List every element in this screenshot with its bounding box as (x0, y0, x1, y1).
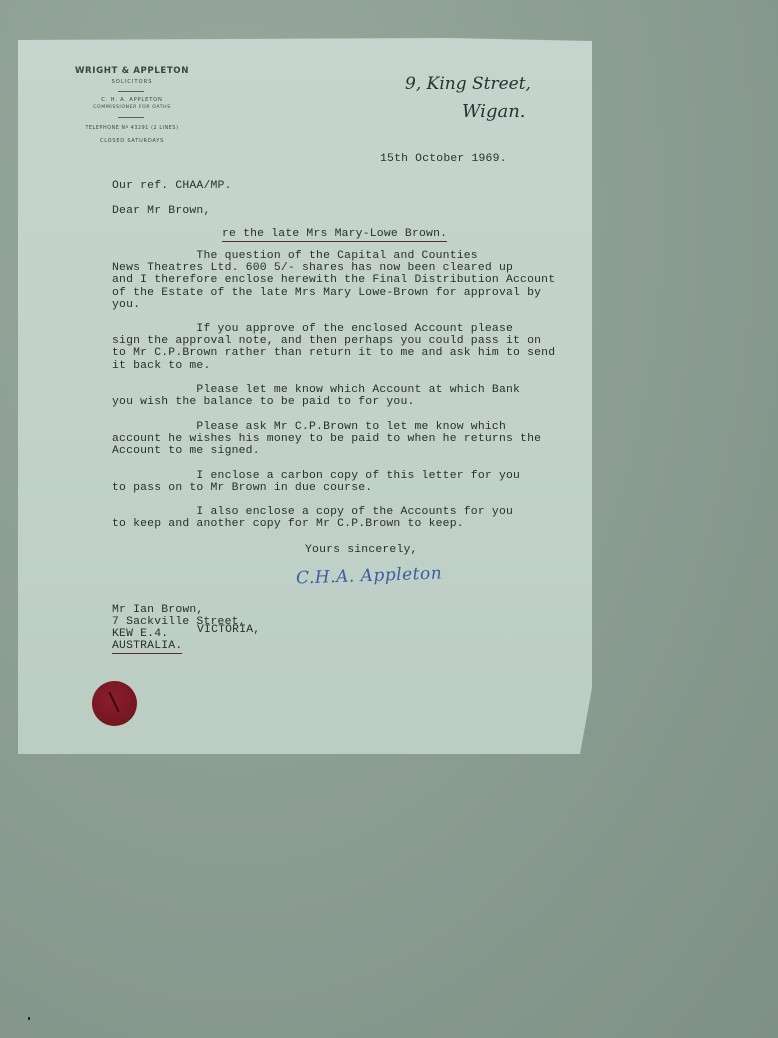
body-line: to keep and another copy for Mr C.P.Brow… (112, 518, 464, 530)
body-line: you. (112, 299, 140, 311)
closed-days: CLOSED SATURDAYS (70, 138, 194, 144)
body-line: The question of the Capital and Counties (112, 250, 478, 262)
body-line: and I therefore enclose herewith the Fin… (112, 274, 555, 286)
body-line: of the Estate of the late Mrs Mary Lowe-… (112, 287, 541, 299)
letterhead-rule (118, 117, 144, 118)
recipient-country-text: AUSTRALIA. (112, 640, 182, 654)
body-line: you wish the balance to be paid to for y… (112, 396, 415, 408)
body-line: News Theatres Ltd. 600 5/- shares has no… (112, 262, 513, 274)
body-line: it back to me. (112, 360, 211, 372)
body-line: Please let me know which Account at whic… (112, 384, 520, 396)
sender-address-line1: 9, King Street, (405, 74, 531, 94)
reference: Our ref. CHAA/MP. (112, 180, 232, 192)
recipient-country: AUSTRALIA. (112, 640, 182, 652)
subject-line: re the late Mrs Mary-Lowe Brown. (222, 228, 447, 240)
letterhead-rule (118, 91, 144, 92)
salutation: Dear Mr Brown, (112, 205, 211, 217)
body-line: sign the approval note, and then perhaps… (112, 335, 541, 347)
body-line: to Mr C.P.Brown rather than return it to… (112, 347, 555, 359)
recipient-name: Mr Ian Brown, (112, 604, 203, 616)
red-wax-seal (92, 681, 137, 726)
body-line: to pass on to Mr Brown in due course. (112, 482, 372, 494)
letter-date: 15th October 1969. (380, 153, 507, 165)
partner-role: COMMISSIONER FOR OATHS (70, 105, 194, 110)
body-line: I enclose a carbon copy of this letter f… (112, 470, 520, 482)
firm-name: WRIGHT & APPLETON (70, 66, 194, 76)
body-line: Account to me signed. (112, 445, 260, 457)
firm-subtitle: SOLICITORS (70, 79, 194, 85)
body-line: Please ask Mr C.P.Brown to let me know w… (112, 421, 506, 433)
partner-name: C. H. A. APPLETON (70, 97, 194, 103)
closing: Yours sincerely, (305, 544, 418, 556)
body-line: I also enclose a copy of the Accounts fo… (112, 506, 513, 518)
body-line: If you approve of the enclosed Account p… (112, 323, 513, 335)
recipient-state: VICTORIA, (197, 624, 260, 636)
recipient-city: KEW E.4. (112, 628, 168, 640)
body-line: account he wishes his money to be paid t… (112, 433, 541, 445)
subject-text: re the late Mrs Mary-Lowe Brown. (222, 228, 447, 242)
sender-address-line2: Wigan. (462, 101, 526, 122)
telephone: TELEPHONE Nº 43291 (2 LINES) (66, 126, 198, 131)
dust-speck (28, 1017, 30, 1020)
